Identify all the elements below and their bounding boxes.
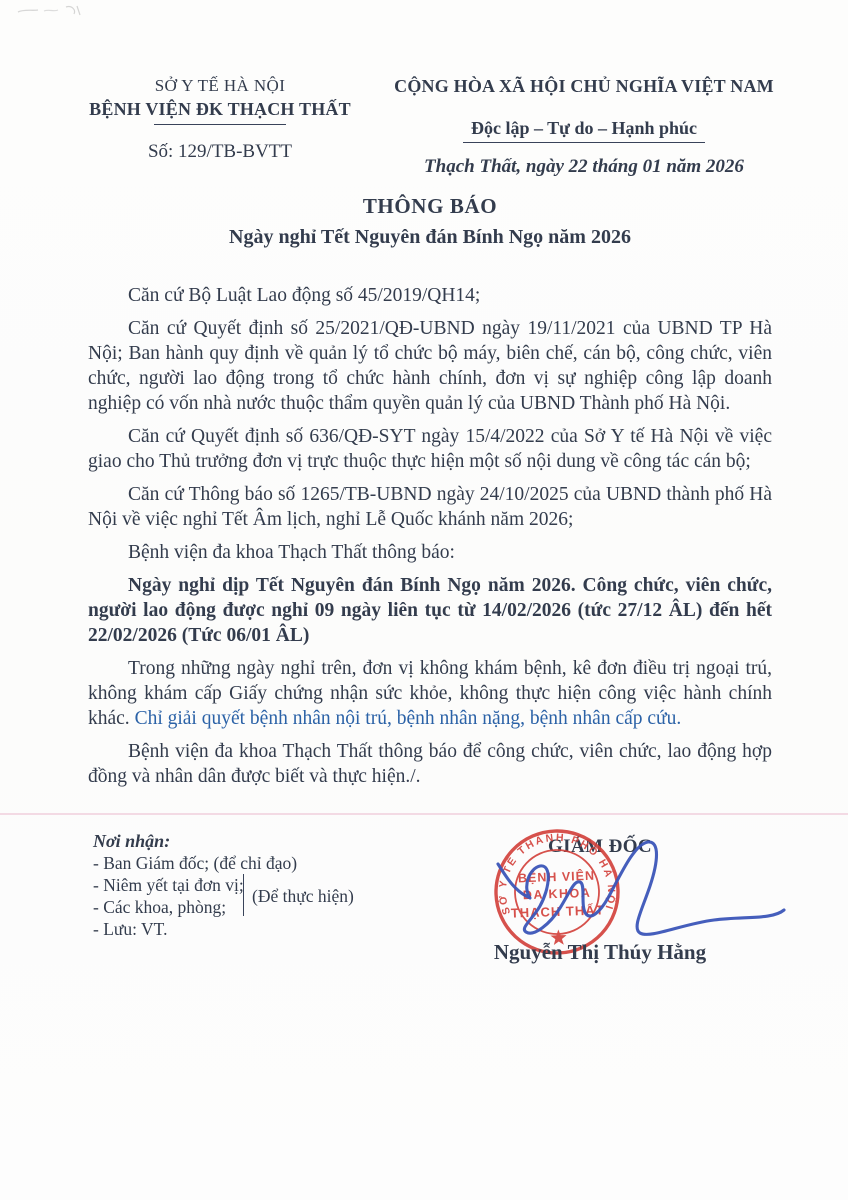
issuer-name: BỆNH VIỆN ĐK THẠCH THẤT xyxy=(55,99,385,120)
paragraph-service-notice: Trong những ngày nghỉ trên, đơn vị không… xyxy=(88,656,772,731)
document-title: THÔNG BÁO xyxy=(88,194,772,219)
recipient-item: - Lưu: VT. xyxy=(93,918,393,940)
paragraph-legal-basis-3: Căn cứ Quyết định số 636/QĐ-SYT ngày 15/… xyxy=(88,424,772,474)
recipients-brace-line xyxy=(243,874,244,916)
place-dateline: Thạch Thất, ngày 22 tháng 01 năm 2026 xyxy=(378,156,790,178)
issuer-block: SỞ Y TẾ HÀ NỘI BỆNH VIỆN ĐK THẠCH THẤT S… xyxy=(55,76,385,163)
document-subtitle: Ngày nghỉ Tết Nguyên đán Bính Ngọ năm 20… xyxy=(88,226,772,249)
title-block: THÔNG BÁO Ngày nghỉ Tết Nguyên đán Bính … xyxy=(88,194,772,249)
issuer-underline xyxy=(154,124,286,125)
director-signature-ink xyxy=(486,836,798,948)
national-motto-block: CỘNG HÒA XÃ HỘI CHỦ NGHĨA VIỆT NAM Độc l… xyxy=(378,76,790,178)
document-number: Số: 129/TB-BVTT xyxy=(55,141,385,163)
paragraph-legal-basis-2: Căn cứ Quyết định số 25/2021/QĐ-UBND ngà… xyxy=(88,316,772,416)
document-body: Căn cứ Bộ Luật Lao động số 45/2019/QH14;… xyxy=(88,283,772,797)
recipients-brace-note: (Để thực hiện) xyxy=(252,885,354,907)
recipients-heading: Nơi nhận: xyxy=(93,830,393,852)
paragraph-closing: Bệnh viện đa khoa Thạch Thất thông báo đ… xyxy=(88,739,772,789)
issuer-parent-agency: SỞ Y TẾ HÀ NỘI xyxy=(55,76,385,96)
paragraph-announce-lead: Bệnh viện đa khoa Thạch Thất thông báo: xyxy=(88,540,772,565)
signer-name: Nguyễn Thị Thúy Hằng xyxy=(450,940,750,965)
scanned-document-page: SỞ Y TẾ HÀ NỘI BỆNH VIỆN ĐK THẠCH THẤT S… xyxy=(0,0,848,1200)
recipients-block: Nơi nhận: - Ban Giám đốc; (để chỉ đạo) -… xyxy=(93,830,393,940)
recipient-item: - Ban Giám đốc; (để chỉ đạo) xyxy=(93,852,393,874)
service-notice-highlight: Chỉ giải quyết bệnh nhân nội trú, bệnh n… xyxy=(135,708,682,729)
paragraph-legal-basis-4: Căn cứ Thông báo số 1265/TB-UBND ngày 24… xyxy=(88,482,772,532)
national-title: CỘNG HÒA XÃ HỘI CHỦ NGHĨA VIỆT NAM xyxy=(378,76,790,97)
paragraph-holiday-dates: Ngày nghỉ dịp Tết Nguyên đán Bính Ngọ nă… xyxy=(88,573,772,648)
pencil-scribble-artifact xyxy=(14,2,104,24)
paragraph-legal-basis-1: Căn cứ Bộ Luật Lao động số 45/2019/QH14; xyxy=(88,283,772,308)
scanner-streak-line xyxy=(0,813,848,815)
national-motto: Độc lập – Tự do – Hạnh phúc xyxy=(463,118,705,143)
